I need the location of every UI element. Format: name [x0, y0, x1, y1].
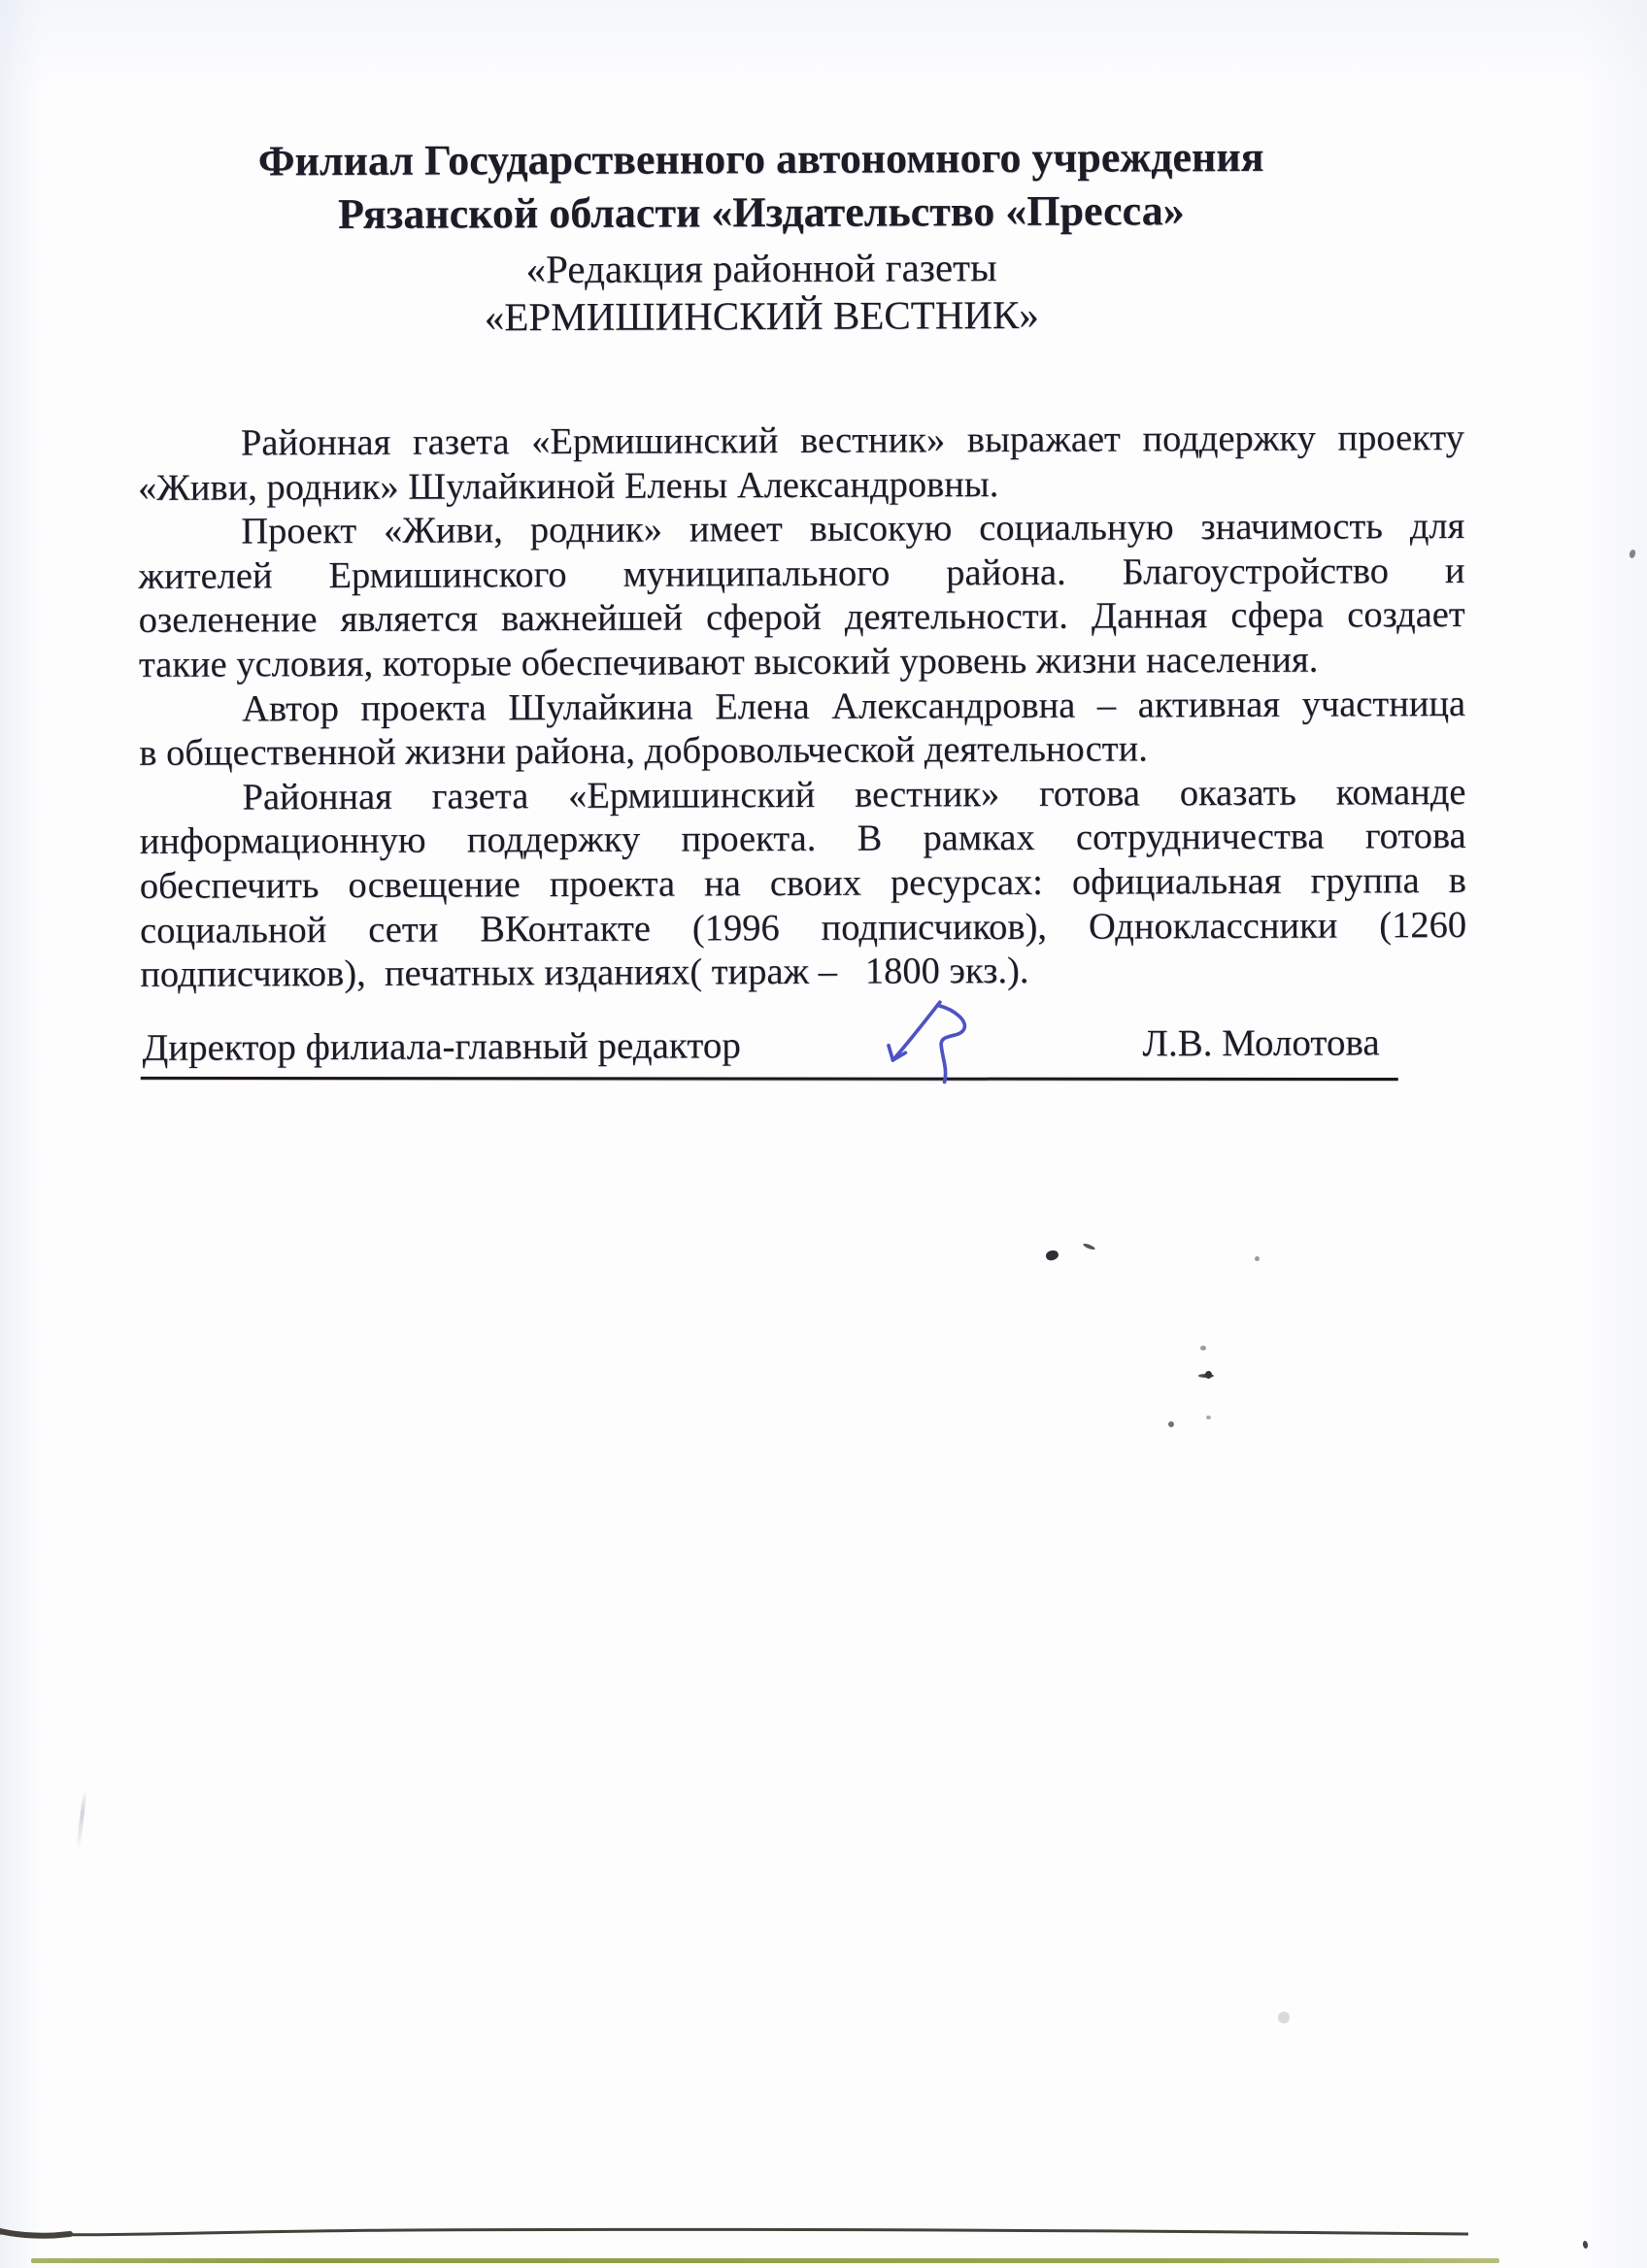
signature-line: [141, 1077, 1398, 1081]
body-text-line: подписчиков), печатных изданиях( тираж –…: [140, 948, 1466, 998]
body-text-line: информационную поддержку проекта. В рамк…: [140, 815, 1466, 865]
scan-speck: [1278, 2012, 1290, 2023]
scanner-edge-strip: [31, 2258, 1499, 2263]
body-text-line: такие условия, которые обеспечивают высо…: [139, 638, 1465, 688]
letter-content: Филиал Государственного автономного учре…: [0, 0, 1647, 1169]
signature-block: Директор филиала-главный редактор Л.В. М…: [140, 1013, 1466, 1086]
body-text-line: Районная газета «Ермишинский вестник» вы…: [138, 417, 1464, 467]
scan-speck: [1205, 1371, 1212, 1379]
scan-speck: [1168, 1421, 1174, 1427]
scanned-letter-page: Филиал Государственного автономного учре…: [0, 0, 1647, 2268]
body-text-line: в общественной жизни района, добровольче…: [139, 726, 1465, 777]
signatory-name: Л.В. Молотова: [1142, 1020, 1379, 1066]
body-text-line: социальной сети ВКонтакте (1996 подписчи…: [140, 903, 1466, 953]
body-text-line: озеленение является важнейшей сферой дея…: [139, 593, 1465, 644]
signature-ink: [870, 984, 997, 1101]
scan-speck: [1200, 1346, 1206, 1351]
body-text-line: жителей Ермишинского муниципального райо…: [138, 550, 1464, 600]
body-text-line: обеспечить освещение проекта на своих ре…: [140, 859, 1466, 910]
body-text-line: Автор проекта Шулайкина Елена Александро…: [139, 683, 1465, 733]
dept-name-line-1: «Редакция районной газеты: [174, 242, 1349, 294]
scan-speck: [1083, 1243, 1096, 1251]
signatory-role: Директор филиала-главный редактор: [143, 1023, 741, 1071]
scan-speck: [1255, 1256, 1260, 1261]
letter-body: Районная газета «Ермишинский вестник» вы…: [138, 417, 1467, 998]
scanner-shadow-line: [0, 2221, 1647, 2245]
scan-smudge: [76, 1789, 87, 1850]
scan-speck: [1206, 1416, 1211, 1419]
body-text-line: Районная газета «Ермишинский вестник» го…: [139, 771, 1465, 821]
org-name-line-1: Филиал Государственного автономного учре…: [174, 129, 1349, 187]
org-name-line-2: Рязанской области «Издательство «Пресса»: [174, 183, 1349, 241]
body-text-line: «Живи, родник» Шулайкиной Елены Александ…: [138, 461, 1464, 512]
letterhead: Филиал Государственного автономного учре…: [174, 129, 1350, 342]
body-text-line: Проект «Живи, родник» имеет высокую соци…: [138, 505, 1464, 555]
scan-speck: [1045, 1249, 1059, 1262]
dept-name-line-2: «ЕРМИШИНСКИЙ ВЕСТНИК»: [174, 289, 1349, 342]
